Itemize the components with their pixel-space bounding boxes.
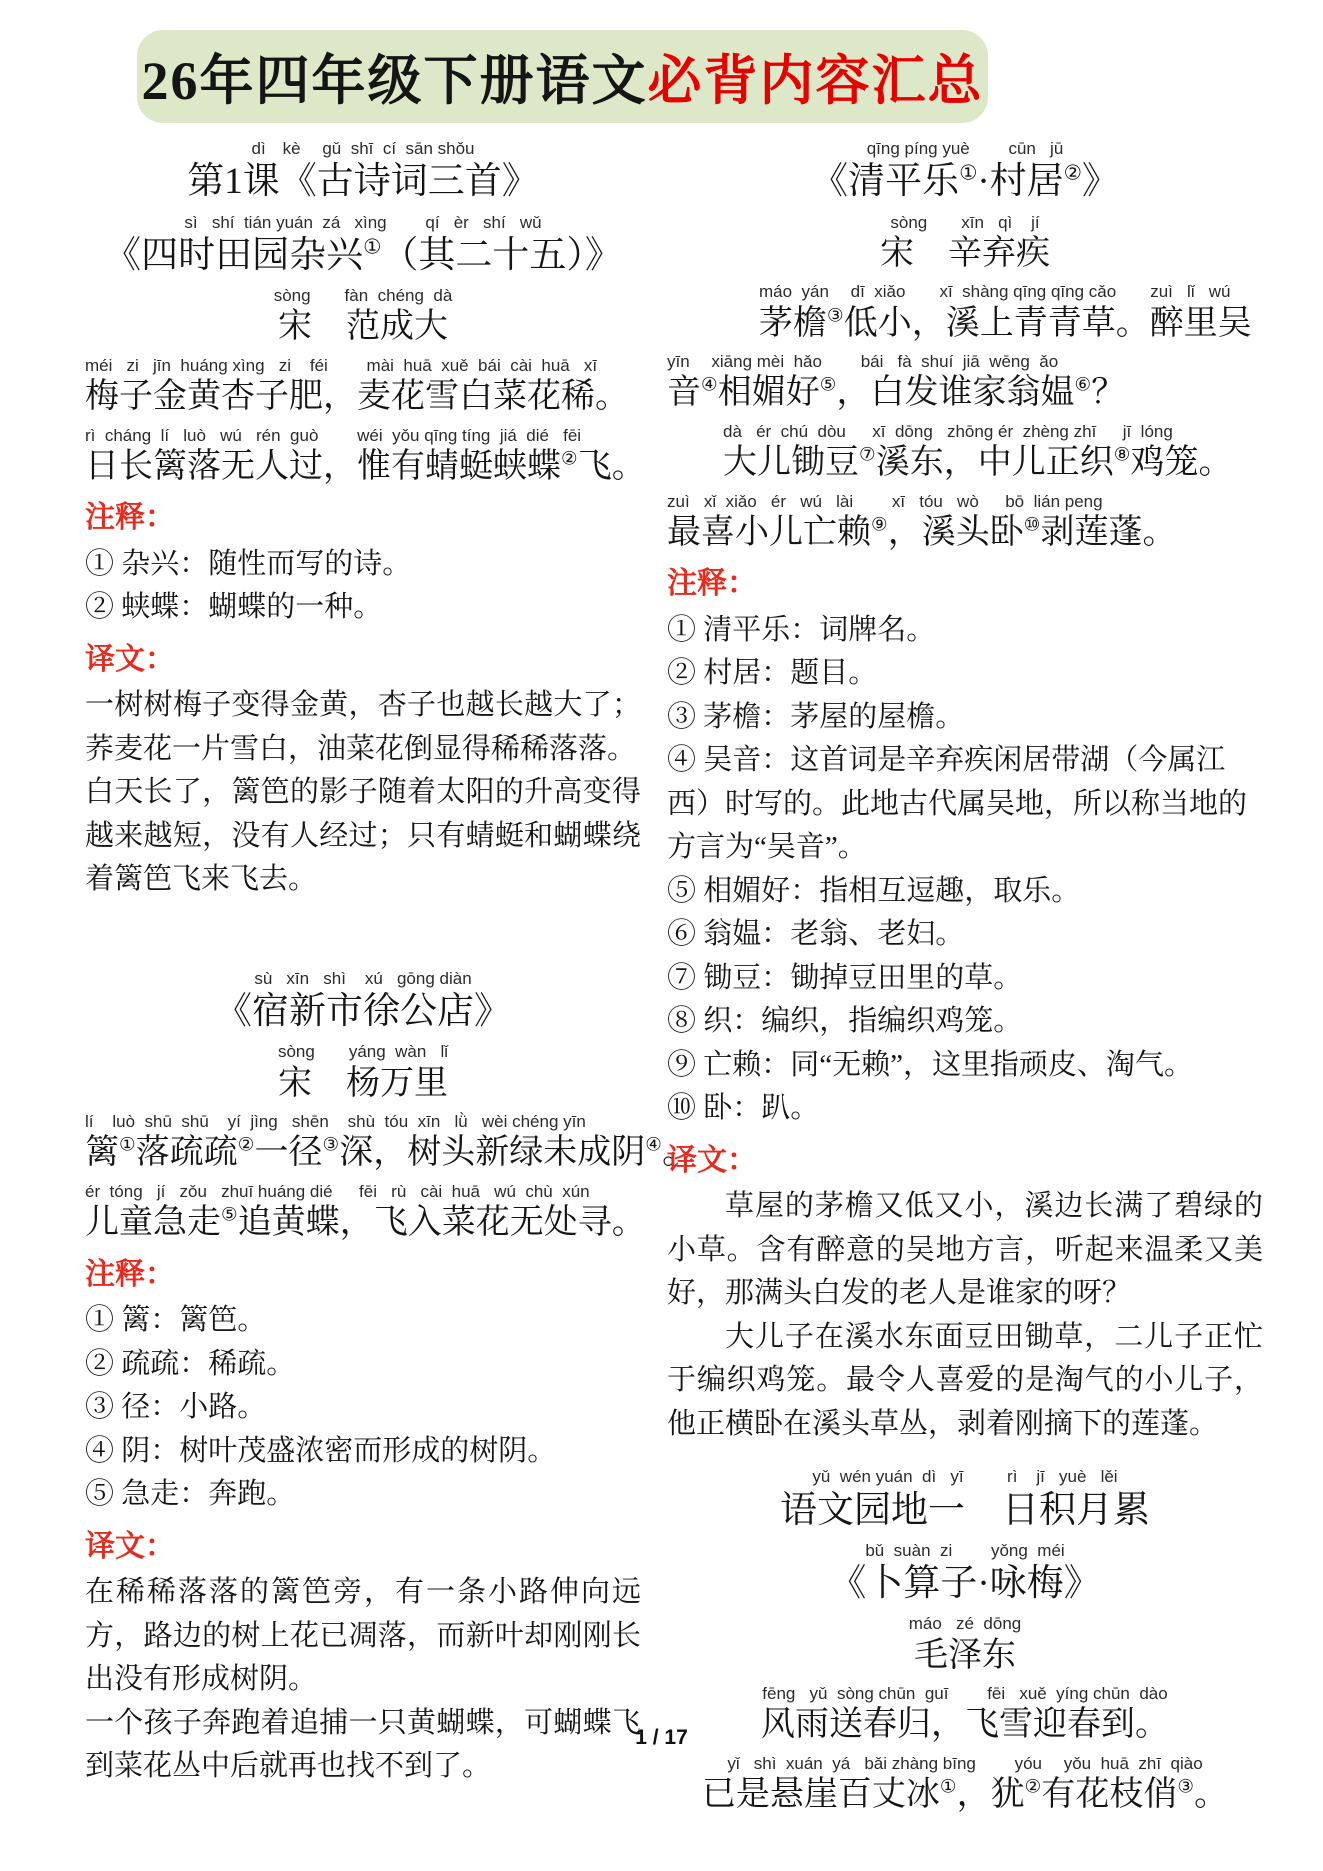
hanzi-line: 宋 范成大 [85,306,641,349]
lesson-title: dì kè gǔ shī cí sān shǒu 第1课《古诗词三首》 [85,138,641,206]
poem4-author: máo zé dōng 毛泽东 [667,1613,1263,1677]
note-item: ② 蛱蝶：蝴蝶的一种。 [85,586,641,630]
hanzi-line: 宋 杨万里 [85,1063,641,1106]
page-title: 26年四年级下册语文必背内容汇总 [142,38,984,115]
hanzi-line: 音④相媚好⑤，白发谁家翁媪⑥？ [667,372,1263,415]
note-item: ⑥ 翁媪：老翁、老妇。 [667,913,1263,957]
pinyin-line: máo zé dōng [667,1613,1263,1634]
poem-line: yǐ shì xuán yá bǎi zhàng bīng yóu yǒu hu… [667,1753,1263,1817]
section-gap [85,902,641,968]
poem2-title: sù xīn shì xú gōng diàn 《宿新市徐公店》 [85,968,641,1036]
poem4-title: bǔ suàn zi yǒng méi 《卜算子·咏梅》 [667,1540,1263,1608]
pinyin-line: yǐ shì xuán yá bǎi zhàng bīng yóu yǒu hu… [667,1753,1263,1774]
hanzi-line: 毛泽东 [667,1635,1263,1678]
poem2-author: sòng yáng wàn lǐ 宋 杨万里 [85,1041,641,1105]
pinyin-line: máo yán dī xiǎo xī shàng qīng qīng cǎo z… [759,281,1263,302]
note-item: ① 清平乐：词牌名。 [667,609,1263,653]
pinyin-line: sù xīn shì xú gōng diàn [85,968,641,989]
pinyin-line: qīng píng yuè cūn jū [667,138,1263,159]
page-number: 1 / 17 [0,1726,1323,1750]
pinyin-line: sì shí tián yuán zá xìng qí èr shí wǔ [85,212,641,233]
section-gap [667,1446,1263,1466]
hanzi-line: 宋 辛弃疾 [667,233,1263,276]
hanzi-line: 《清平乐①·村居②》 [667,159,1263,205]
poem-line: méi zi jīn huáng xìng zi féi mài huā xuě… [85,355,641,419]
translation-paragraph: 一树树梅子变得金黄，杏子也越长越大了；荞麦花一片雪白，油菜花倒显得稀稀落落。 [85,684,641,771]
translation-paragraph: 在稀稀落落的篱笆旁，有一条小路伸向远方，路边的树上花已凋落，而新叶却刚刚长出没有… [85,1571,641,1702]
pinyin-line: fēng yǔ sòng chūn guī fēi xuě yíng chūn … [667,1683,1263,1704]
hanzi-line: 儿童急走⑤追黄蝶，飞入菜花无处寻。 [85,1202,641,1245]
garden-title: yǔ wén yuán dì yī rì jī yuè lěi 语文园地一 日积… [667,1466,1263,1534]
poem-line: ér tóng jí zǒu zhuī huáng dié fēi rù cài… [85,1181,641,1245]
translation-label: 译文： [85,1525,641,1569]
poem-line: máo yán dī xiǎo xī shàng qīng qīng cǎo z… [759,281,1263,345]
note-item: ① 杂兴：随性而写的诗。 [85,543,641,587]
translation-label: 译文： [85,638,641,682]
translation-paragraph: 草屋的茅檐又低又小，溪边长满了碧绿的小草。含有醉意的吴地方言，听起来温柔又美好，… [667,1185,1263,1316]
note-item: ④ 阴：树叶茂盛浓密而形成的树阴。 [85,1430,641,1474]
pinyin-line: sòng xīn qì jí [667,212,1263,233]
pinyin-line: bǔ suàn zi yǒng méi [667,1540,1263,1561]
pinyin-line: rì cháng lí luò wú rén guò wéi yǒu qīng … [85,425,641,446]
left-column: dì kè gǔ shī cí sān shǒu 第1课《古诗词三首》 sì s… [85,138,641,1823]
note-item: ③ 茅檐：茅屋的屋檐。 [667,696,1263,740]
page-title-black: 26年四年级下册语文 [142,51,648,111]
note-item: ② 疏疏：稀疏。 [85,1343,641,1387]
hanzi-line: 《宿新市徐公店》 [85,989,641,1035]
hanzi-line: 日长篱落无人过，惟有蜻蜓蛱蝶②飞。 [85,446,641,489]
pinyin-line: yǔ wén yuán dì yī rì jī yuè lěi [667,1466,1263,1487]
poem1-author: sòng fàn chéng dà 宋 范成大 [85,285,641,349]
note-item: ③ 径：小路。 [85,1386,641,1430]
poem-line: zuì xǐ xiǎo ér wú lài xī tóu wò bō lián … [667,491,1263,555]
pinyin-line: dà ér chú dòu xī dōng zhōng ér zhèng zhī… [723,421,1263,442]
pinyin-line: sòng yáng wàn lǐ [85,1041,641,1062]
hanzi-line: 《卜算子·咏梅》 [667,1561,1263,1607]
note-item: ⑤ 相媚好：指相互逗趣，取乐。 [667,870,1263,914]
hanzi-line: 语文园地一 日积月累 [667,1488,1263,1534]
note-item: ② 村居：题目。 [667,652,1263,696]
hanzi-line: 已是悬崖百丈冰①，犹②有花枝俏③。 [667,1774,1263,1817]
pinyin-line: sòng fàn chéng dà [85,285,641,306]
note-item: ⑨ 亡赖：同“无赖”，这里指顽皮、淘气。 [667,1044,1263,1088]
pinyin-line: zuì xǐ xiǎo ér wú lài xī tóu wò bō lián … [667,491,1263,512]
poem3-author: sòng xīn qì jí 宋 辛弃疾 [667,212,1263,276]
hanzi-line: 《四时田园杂兴①（其二十五）》 [85,233,641,279]
translation-label: 译文： [667,1139,1263,1183]
note-item: ① 篱：篱笆。 [85,1299,641,1343]
page-title-red: 必背内容汇总 [648,51,984,111]
pinyin-line: lí luò shū shū yí jìng shēn shù tóu xīn … [85,1111,641,1132]
note-item: ⑧ 织：编织，指编织鸡笼。 [667,1000,1263,1044]
poem1-title: sì shí tián yuán zá xìng qí èr shí wǔ 《四… [85,212,641,280]
poem-line: dà ér chú dòu xī dōng zhōng ér zhèng zhī… [723,421,1263,485]
notes-label: 注释： [85,1253,641,1297]
poem-line: rì cháng lí luò wú rén guò wéi yǒu qīng … [85,425,641,489]
notes-label: 注释： [85,496,641,540]
notes-label: 注释： [667,562,1263,606]
note-item: ⑩ 卧：趴。 [667,1087,1263,1131]
title-banner: 26年四年级下册语文必背内容汇总 [137,30,988,123]
note-item: ⑤ 急走：奔跑。 [85,1473,641,1517]
poem3-title: qīng píng yuè cūn jū 《清平乐①·村居②》 [667,138,1263,206]
hanzi-line: 梅子金黄杏子肥，麦花雪白菜花稀。 [85,376,641,419]
hanzi-line: 第1课《古诗词三首》 [85,159,641,205]
poem-line: yīn xiāng mèi hǎo bái fà shuí jiā wēng ǎ… [667,351,1263,415]
translation-paragraph: 白天长了，篱笆的影子随着太阳的升高变得越来越短，没有人经过；只有蜻蜓和蝴蝶绕着篱… [85,771,641,902]
hanzi-line: 大儿锄豆⑦溪东，中儿正织⑧鸡笼。 [723,442,1263,485]
note-item: ④ 吴音：这首词是辛弃疾闲居带湖（今属江西）时写的。此地古代属吴地，所以称当地的… [667,739,1263,870]
right-column: qīng píng yuè cūn jū 《清平乐①·村居②》 sòng xīn… [667,138,1263,1823]
pinyin-line: yīn xiāng mèi hǎo bái fà shuí jiā wēng ǎ… [667,351,1263,372]
note-item: ⑦ 锄豆：锄掉豆田里的草。 [667,957,1263,1001]
hanzi-line: 最喜小儿亡赖⑨，溪头卧⑩剥莲蓬。 [667,512,1263,555]
pinyin-line: dì kè gǔ shī cí sān shǒu [85,138,641,159]
pinyin-line: méi zi jīn huáng xìng zi féi mài huā xuě… [85,355,641,376]
translation-paragraph: 大儿子在溪水东面豆田锄草，二儿子正忙于编织鸡笼。最令人喜爱的是淘气的小儿子，他正… [667,1316,1263,1447]
poem-line: lí luò shū shū yí jìng shēn shù tóu xīn … [85,1111,641,1175]
hanzi-line: 茅檐③低小，溪上青青草。醉里吴 [759,303,1263,346]
pinyin-line: ér tóng jí zǒu zhuī huáng dié fēi rù cài… [85,1181,641,1202]
hanzi-line: 篱①落疏疏②一径③深，树头新绿未成阴④。 [85,1132,641,1175]
content-columns: dì kè gǔ shī cí sān shǒu 第1课《古诗词三首》 sì s… [85,138,1263,1823]
